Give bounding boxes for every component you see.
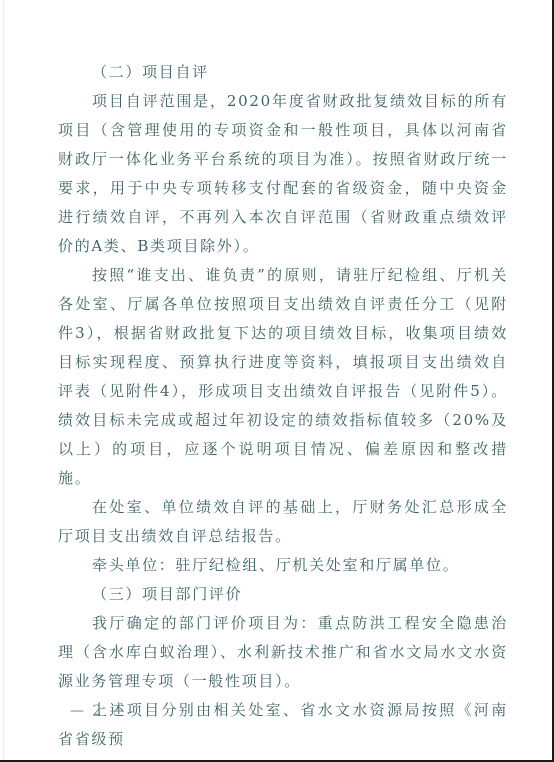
- document-page: （二）项目自评 项目自评范围是，2020年度省财政批复绩效目标的所有项目（含管理…: [0, 0, 554, 762]
- section-heading-department-evaluation: （三）项目部门评价: [58, 580, 508, 609]
- page-edge: [3, 0, 4, 760]
- paragraph-responsibility-principle: 按照“谁支出、谁负责”的原则，请驻厅纪检组、厅机关各处室、厅属各单位按照项目支出…: [58, 261, 508, 493]
- paragraph-department-projects: 我厅确定的部门评价项目为：重点防洪工程安全隐患治理（含水库白蚁治理）、水利新技术…: [58, 609, 508, 696]
- page-number: — 2 —: [70, 703, 126, 719]
- paragraph-lead-units: 牵头单位：驻厅纪检组、厅机关处室和厅属单位。: [58, 551, 508, 580]
- section-heading-self-evaluation: （二）项目自评: [58, 58, 508, 87]
- paragraph-self-evaluation-scope: 项目自评范围是，2020年度省财政批复绩效目标的所有项目（含管理使用的专项资金和…: [58, 87, 508, 261]
- paragraph-summary-report: 在处室、单位绩效自评的基础上，厅财务处汇总形成全厅项目支出绩效自评总结报告。: [58, 493, 508, 551]
- document-body: （二）项目自评 项目自评范围是，2020年度省财政批复绩效目标的所有项目（含管理…: [58, 58, 508, 754]
